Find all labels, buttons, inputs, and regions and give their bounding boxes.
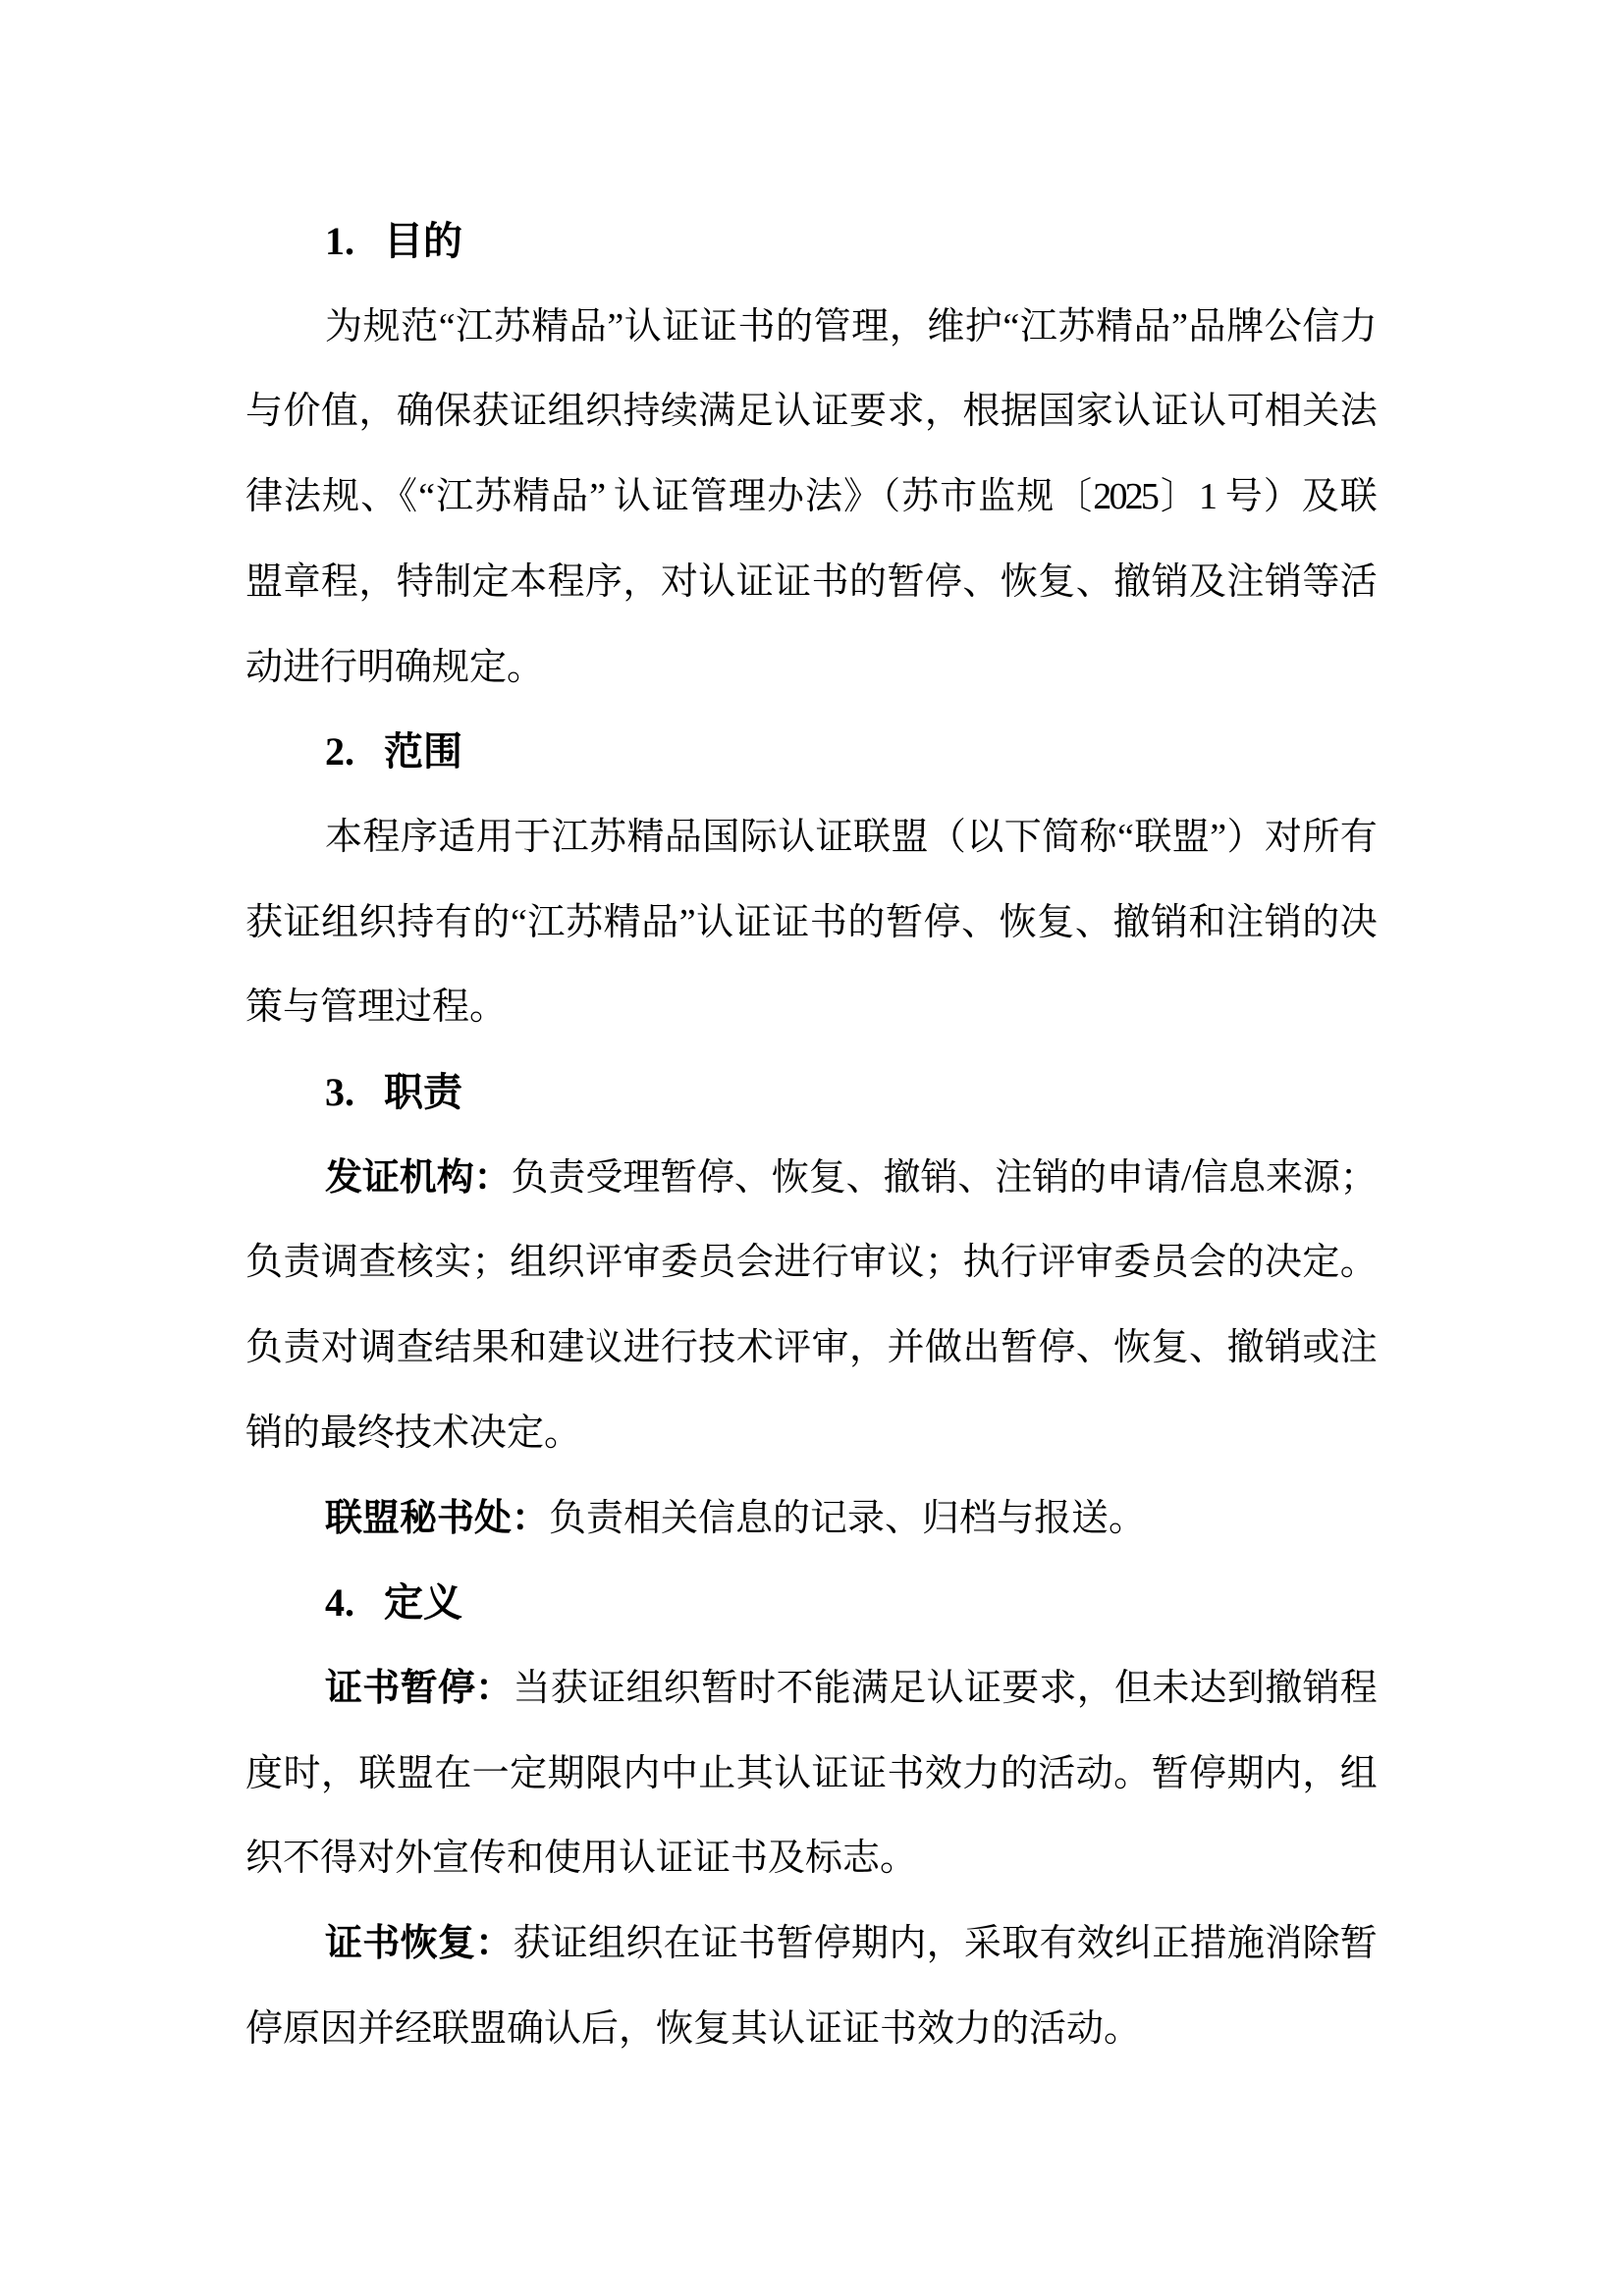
section-purpose: 1.目的 为规范“江苏精品”认证证书的管理，维护“江苏精品”品牌公信力 与价值，… <box>245 199 1375 710</box>
heading-label: 职责 <box>384 1070 462 1114</box>
text-line: 动进行明确规定。 <box>245 625 1375 711</box>
heading-number: 4. <box>325 1561 354 1646</box>
section-heading: 3.职责 <box>245 1050 1375 1136</box>
section-heading: 1.目的 <box>245 199 1375 285</box>
bold-term: 发证机构： <box>325 1157 512 1199</box>
text-line: 本程序适用于江苏精品国际认证联盟（以下简称“联盟”）对所有 <box>245 795 1375 881</box>
text-line: 发证机构：负责受理暂停、恢复、撤销、注销的申请/信息来源； <box>245 1136 1375 1221</box>
text-line: 获证组织持有的“江苏精品”认证证书的暂停、恢复、撤销和注销的决 <box>245 881 1375 966</box>
heading-number: 1. <box>325 199 354 285</box>
section-heading: 2.范围 <box>245 710 1375 795</box>
section-responsibilities: 3.职责 发证机构：负责受理暂停、恢复、撤销、注销的申请/信息来源； 负责调查核… <box>245 1050 1375 1561</box>
text-line: 律法规、《“江苏精品” 认证管理办法》（苏市监规〔2025〕1 号）及联 <box>245 454 1375 540</box>
text-line: 证书暂停：当获证组织暂时不能满足认证要求，但未达到撤销程 <box>245 1646 1375 1732</box>
heading-label: 定义 <box>384 1580 462 1625</box>
text-line: 销的最终技术决定。 <box>245 1391 1375 1476</box>
text-line: 停原因并经联盟确认后，恢复其认证证书效力的活动。 <box>245 1987 1375 2072</box>
line-text: 当获证组织暂时不能满足认证要求，但未达到撤销程 <box>513 1668 1375 1709</box>
text-line: 负责对调查结果和建议进行技术评审，并做出暂停、恢复、撤销或注 <box>245 1306 1375 1391</box>
document-page: 1.目的 为规范“江苏精品”认证证书的管理，维护“江苏精品”品牌公信力 与价值，… <box>0 0 1624 2296</box>
text-line: 联盟秘书处：负责相关信息的记录、归档与报送。 <box>245 1476 1375 1562</box>
text-line: 度时，联盟在一定期限内中止其认证证书效力的活动。暂停期内，组 <box>245 1732 1375 1817</box>
heading-label: 范围 <box>384 729 462 774</box>
bold-term: 证书暂停： <box>325 1668 513 1709</box>
text-line: 策与管理过程。 <box>245 965 1375 1050</box>
text-line: 负责调查核实；组织评审委员会进行审议；执行评审委员会的决定。 <box>245 1220 1375 1306</box>
text-line: 为规范“江苏精品”认证证书的管理，维护“江苏精品”品牌公信力 <box>245 285 1375 370</box>
heading-label: 目的 <box>384 219 462 263</box>
heading-number: 3. <box>325 1050 354 1136</box>
text-line: 织不得对外宣传和使用认证证书及标志。 <box>245 1816 1375 1901</box>
section-heading: 4.定义 <box>245 1561 1375 1646</box>
paragraph: 发证机构：负责受理暂停、恢复、撤销、注销的申请/信息来源； 负责调查核实；组织评… <box>245 1136 1375 1476</box>
line-text: 获证组织在证书暂停期内，采取有效纠正措施消除暂 <box>513 1923 1375 1964</box>
paragraph: 联盟秘书处：负责相关信息的记录、归档与报送。 <box>245 1476 1375 1562</box>
text-line: 证书恢复：获证组织在证书暂停期内，采取有效纠正措施消除暂 <box>245 1901 1375 1987</box>
paragraph: 证书恢复：获证组织在证书暂停期内，采取有效纠正措施消除暂 停原因并经联盟确认后，… <box>245 1901 1375 2071</box>
paragraph: 为规范“江苏精品”认证证书的管理，维护“江苏精品”品牌公信力 与价值，确保获证组… <box>245 285 1375 711</box>
heading-number: 2. <box>325 710 354 795</box>
bold-term: 联盟秘书处： <box>325 1498 549 1539</box>
bold-term: 证书恢复： <box>325 1923 513 1964</box>
line-text: 负责受理暂停、恢复、撤销、注销的申请/信息来源； <box>512 1157 1375 1199</box>
paragraph: 本程序适用于江苏精品国际认证联盟（以下简称“联盟”）对所有 获证组织持有的“江苏… <box>245 795 1375 1050</box>
line-text: 负责相关信息的记录、归档与报送。 <box>549 1498 1146 1539</box>
text-line: 与价值，确保获证组织持续满足认证要求，根据国家认证认可相关法 <box>245 369 1375 454</box>
paragraph: 证书暂停：当获证组织暂时不能满足认证要求，但未达到撤销程 度时，联盟在一定期限内… <box>245 1646 1375 1901</box>
document-body: 1.目的 为规范“江苏精品”认证证书的管理，维护“江苏精品”品牌公信力 与价值，… <box>245 199 1375 2071</box>
section-scope: 2.范围 本程序适用于江苏精品国际认证联盟（以下简称“联盟”）对所有 获证组织持… <box>245 710 1375 1050</box>
text-line: 盟章程，特制定本程序，对认证证书的暂停、恢复、撤销及注销等活 <box>245 540 1375 625</box>
section-definitions: 4.定义 证书暂停：当获证组织暂时不能满足认证要求，但未达到撤销程 度时，联盟在… <box>245 1561 1375 2071</box>
